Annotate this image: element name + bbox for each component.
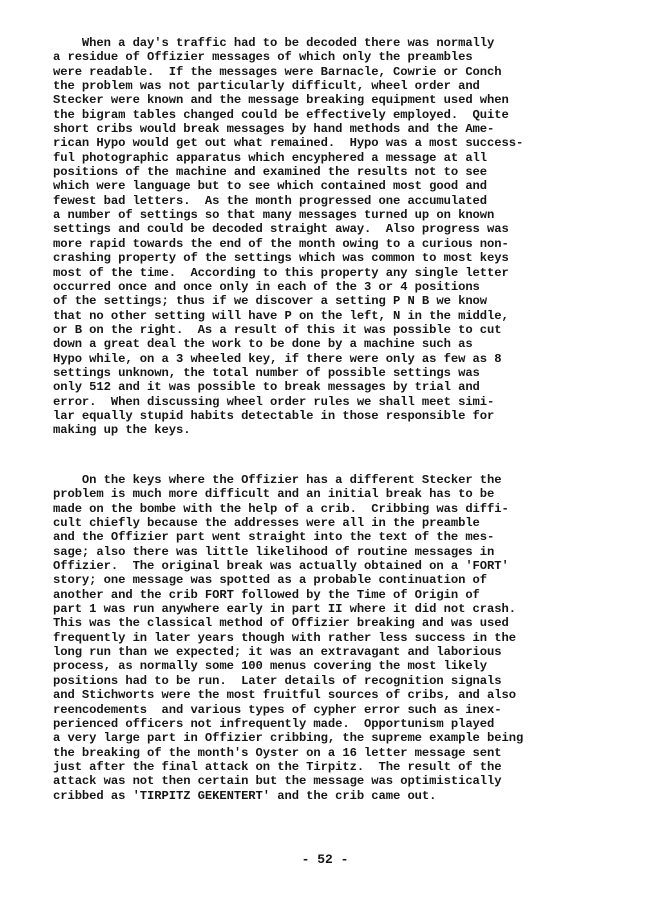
text-line: crashing property of the settings which …: [53, 251, 523, 265]
text-line: attack was not then certain but the mess…: [53, 774, 523, 788]
text-line: ful photographic apparatus which encyphe…: [53, 151, 523, 165]
text-line: most of the time. According to this prop…: [53, 266, 523, 280]
text-line: and Stichworts were the most fruitful so…: [53, 688, 523, 702]
text-line: short cribs would break messages by hand…: [53, 122, 523, 136]
text-line: settings unknown, the total number of po…: [53, 366, 523, 380]
page-number: - 52 -: [0, 852, 650, 867]
text-line: making up the keys.: [53, 423, 523, 437]
text-line: positions of the machine and examined th…: [53, 165, 523, 179]
text-line: the problem was not particularly difficu…: [53, 79, 523, 93]
text-line: frequently in later years though with ra…: [53, 631, 523, 645]
text-line: When a day's traffic had to be decoded t…: [53, 36, 523, 50]
text-line: and the Offizier part went straight into…: [53, 530, 523, 544]
text-line: more rapid towards the end of the month …: [53, 237, 523, 251]
text-line: On the keys where the Offizier has a dif…: [53, 473, 523, 487]
text-line: made on the bombe with the help of a cri…: [53, 502, 523, 516]
text-line: long run than we expected; it was an ext…: [53, 645, 523, 659]
text-line: the breaking of the month's Oyster on a …: [53, 746, 523, 760]
text-line: part 1 was run anywhere early in part II…: [53, 602, 523, 616]
text-line: cribbed as 'TIRPITZ GEKENTERT' and the c…: [53, 789, 523, 803]
text-line: the bigram tables changed could be effec…: [53, 108, 523, 122]
text-line: reencodements and various types of cyphe…: [53, 703, 523, 717]
text-line: rican Hypo would get out what remained. …: [53, 136, 523, 150]
text-line: error. When discussing wheel order rules…: [53, 395, 523, 409]
text-line: positions had to be run. Later details o…: [53, 674, 523, 688]
text-line: process, as normally some 100 menus cove…: [53, 659, 523, 673]
text-line: a number of settings so that many messag…: [53, 208, 523, 222]
text-line: were readable. If the messages were Barn…: [53, 65, 523, 79]
text-line: that no other setting will have P on the…: [53, 309, 523, 323]
text-line: problem is much more difficult and an in…: [53, 487, 523, 501]
text-line: occurred once and once only in each of t…: [53, 280, 523, 294]
text-line: Hypo while, on a 3 wheeled key, if there…: [53, 352, 523, 366]
text-line: perienced officers not infrequently made…: [53, 717, 523, 731]
text-line: lar equally stupid habits detectable in …: [53, 409, 523, 423]
text-line: down a great deal the work to be done by…: [53, 337, 523, 351]
text-line: settings and could be decoded straight a…: [53, 222, 523, 236]
text-line: just after the final attack on the Tirpi…: [53, 760, 523, 774]
text-line: fewest bad letters. As the month progres…: [53, 194, 523, 208]
text-line: which were language but to see which con…: [53, 179, 523, 193]
text-line: Offizier. The original break was actuall…: [53, 559, 523, 573]
text-line: of the settings; thus if we discover a s…: [53, 294, 523, 308]
text-line: a residue of Offizier messages of which …: [53, 50, 523, 64]
text-line: another and the crib FORT followed by th…: [53, 588, 523, 602]
text-line: a very large part in Offizier cribbing, …: [53, 731, 523, 745]
text-line: only 512 and it was possible to break me…: [53, 380, 523, 394]
paragraph-2: On the keys where the Offizier has a dif…: [53, 473, 523, 803]
text-line: or B on the right. As a result of this i…: [53, 323, 523, 337]
paragraph-1: When a day's traffic had to be decoded t…: [53, 36, 523, 438]
text-line: cult chiefly because the addresses were …: [53, 516, 523, 530]
text-line: sage; also there was little likelihood o…: [53, 545, 523, 559]
text-line: story; one message was spotted as a prob…: [53, 573, 523, 587]
text-line: Stecker were known and the message break…: [53, 93, 523, 107]
document-page: When a day's traffic had to be decoded t…: [0, 0, 650, 908]
text-line: This was the classical method of Offizie…: [53, 616, 523, 630]
